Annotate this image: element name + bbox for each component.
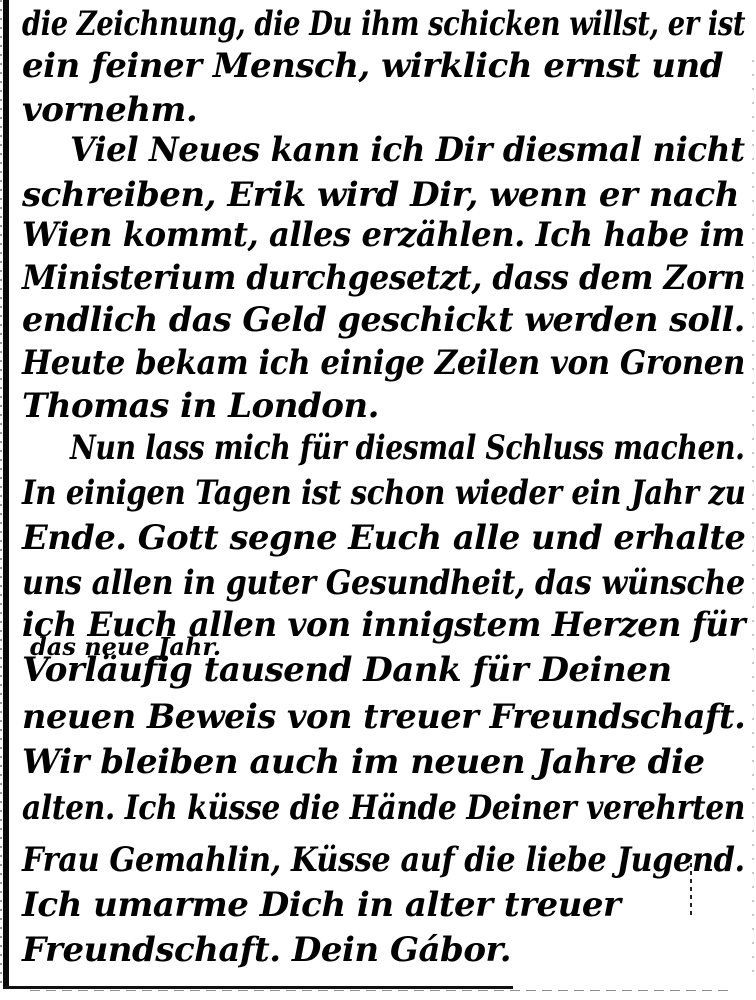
letter-line: endlich das Geld geschickt werden soll.	[22, 300, 745, 340]
bottom-dashed-rule	[30, 990, 730, 991]
letter-line: In einigen Tagen ist schon wieder ein Ja…	[22, 473, 745, 513]
letter-line: Wir bleiben auch im neuen Jahre die	[22, 742, 705, 782]
letter-page: die Zeichnung, die Du ihm schicken wills…	[0, 0, 756, 1000]
letter-line: alten. Ich küsse die Hände Deiner verehr…	[22, 788, 745, 828]
letter-line: Nun lass mich für diesmal Schluss machen…	[70, 428, 745, 468]
letter-line: Ich umarme Dich in alter treuer	[22, 885, 620, 925]
letter-line: ein feiner Mensch, wirklich ernst und	[22, 46, 723, 86]
scan-edge-noise	[0, 0, 2, 990]
letter-line: Ende. Gott segne Euch alle und erhalte	[22, 518, 745, 558]
letter-line: Wien kommt, alles erzählen. Ich habe im	[22, 215, 745, 255]
letter-line: die Zeichnung, die Du ihm schicken wills…	[22, 4, 745, 44]
letter-line: Ministerium durchgesetzt, dass dem Zorn	[22, 258, 745, 298]
bottom-border-rule	[3, 986, 513, 989]
scan-edge-noise-right	[752, 60, 754, 980]
letter-line: schreiben, Erik wird Dir, wenn er nach	[22, 175, 739, 215]
letter-line: neuen Beweis von treuer Freundschaft.	[22, 697, 745, 737]
letter-line: Vorläufig tausend Dank für Deinen	[22, 650, 672, 690]
letter-line: Frau Gemahlin, Küsse auf die liebe Jugen…	[22, 840, 745, 880]
letter-line: uns allen in guter Gesundheit, das wünsc…	[22, 563, 745, 603]
left-border-rule	[3, 0, 9, 988]
letter-line: vornehm.	[22, 90, 197, 130]
letter-line: Thomas in London.	[22, 386, 379, 426]
letter-line: Viel Neues kann ich Dir diesmal nicht	[70, 130, 744, 170]
letter-line: Heute bekam ich einige Zeilen von Gronen	[22, 343, 745, 383]
letter-signature-line: Freundschaft. Dein Gábor.	[22, 930, 511, 970]
